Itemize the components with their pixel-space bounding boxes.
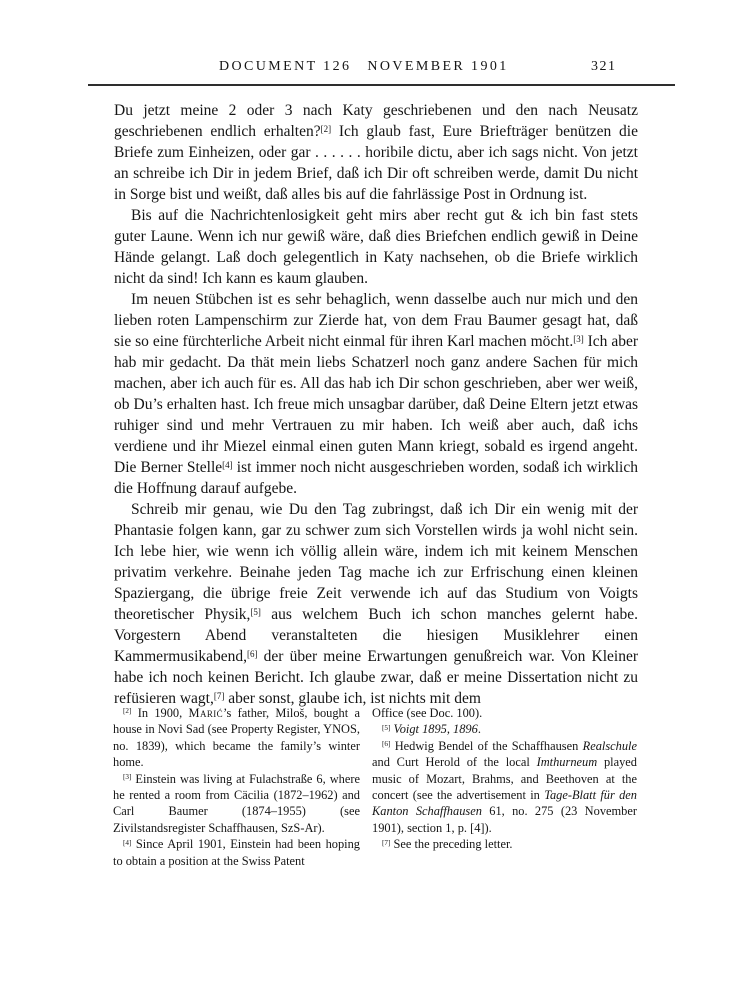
header-rule bbox=[88, 84, 675, 86]
footnote-paragraph: [6] Hedwig Bendel of the Schaffhausen Re… bbox=[372, 738, 637, 836]
footnote-marker: [4] bbox=[222, 460, 232, 470]
letter-paragraph: Du jetzt meine 2 oder 3 nach Katy geschr… bbox=[114, 100, 638, 205]
footnote-marker: [2] bbox=[321, 124, 331, 134]
footnote-marker: [6] bbox=[247, 649, 257, 659]
footnote-paragraph: [4] Since April 1901, Einstein had been … bbox=[113, 836, 360, 869]
footnote-marker: [6] bbox=[382, 740, 390, 748]
page-number: 321 bbox=[591, 59, 617, 75]
footnote-paragraph: [2] In 1900, Marić’s father, Miloš, boug… bbox=[113, 705, 360, 771]
running-head-date-label: NOVEMBER 1901 bbox=[367, 59, 508, 74]
footnotes-section: [2] In 1900, Marić’s father, Miloš, boug… bbox=[113, 705, 637, 869]
footnote-marker: [4] bbox=[123, 839, 131, 847]
footnote-paragraph: Office (see Doc. 100). bbox=[372, 705, 637, 721]
footnote-marker: [2] bbox=[123, 707, 131, 715]
footnotes-right-column: Office (see Doc. 100).[5] Voigt 1895, 18… bbox=[372, 705, 637, 869]
footnote-marker: [7] bbox=[214, 691, 224, 701]
letter-text: Du jetzt meine 2 oder 3 nach Katy geschr… bbox=[114, 100, 638, 709]
letter-paragraph: Bis auf die Nachrichtenlosigkeit geht mi… bbox=[114, 205, 638, 289]
footnote-marker: [3] bbox=[573, 334, 583, 344]
footnote-marker: [7] bbox=[382, 839, 390, 847]
footnotes-left-column: [2] In 1900, Marić’s father, Miloš, boug… bbox=[113, 705, 360, 869]
book-page: DOCUMENT 126NOVEMBER 1901 321 Du jetzt m… bbox=[0, 0, 750, 999]
footnote-marker: [5] bbox=[382, 724, 390, 732]
running-head-document-label: DOCUMENT 126 bbox=[219, 59, 351, 74]
footnote-marker: [3] bbox=[123, 773, 131, 781]
footnote-paragraph: [3] Einstein was living at Fulachstraße … bbox=[113, 771, 360, 837]
footnote-paragraph: [5] Voigt 1895, 1896. bbox=[372, 721, 637, 737]
letter-paragraph: Im neuen Stübchen ist es sehr behaglich,… bbox=[114, 289, 638, 499]
footnote-marker: [5] bbox=[250, 607, 260, 617]
running-head: DOCUMENT 126NOVEMBER 1901 bbox=[219, 59, 509, 75]
footnote-paragraph: [7] See the preceding letter. bbox=[372, 836, 637, 852]
letter-paragraph: Schreib mir genau, wie Du den Tag zubrin… bbox=[114, 499, 638, 709]
